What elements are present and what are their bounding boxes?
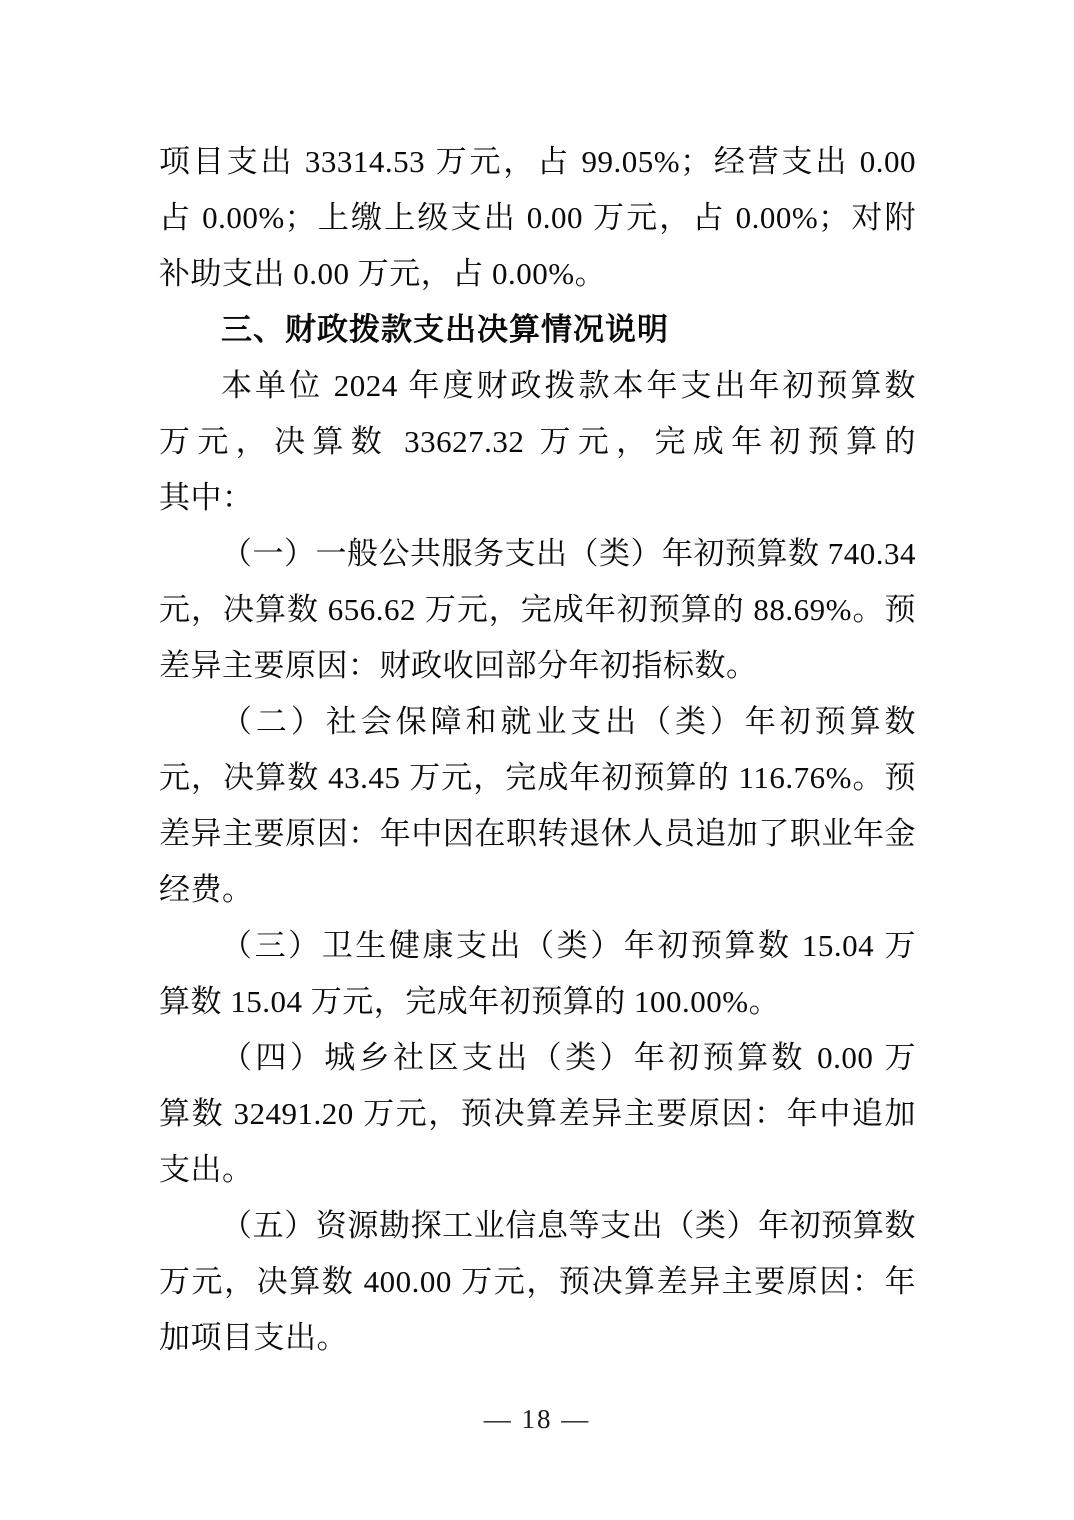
body-line: （二）社会保障和就业支出（类）年初预算数 37.21 万 <box>159 694 916 750</box>
body-line: 差异主要原因：财政收回部分年初指标数。 <box>159 638 916 694</box>
body-line: 支出。 <box>159 1142 916 1198</box>
body-line: 元，决算数 656.62 万元，完成年初预算的 88.69%。预决算 <box>159 582 916 638</box>
body-line: （一）一般公共服务支出（类）年初预算数 740.34 万 <box>159 526 916 582</box>
page-number: — 18 — <box>0 1399 1074 1439</box>
body-line: 算数 32491.20 万元，预决算差异主要原因：年中追加项目 <box>159 1086 916 1142</box>
body-line: 其中： <box>159 470 916 526</box>
body-line: 本单位 2024 年度财政拨款本年支出年初预算数 813.61 <box>159 358 916 414</box>
body-line: 补助支出 0.00 万元，占 0.00%。 <box>159 246 916 302</box>
body-line: 项目支出 33314.53 万元，占 99.05%；经营支出 0.00 万元， <box>159 134 916 190</box>
section-heading: 三、财政拨款支出决算情况说明 <box>159 302 916 358</box>
body-line: （四）城乡社区支出（类）年初预算数 0.00 万元，决 <box>159 1030 916 1086</box>
body-line: 差异主要原因：年中因在职转退休人员追加了职业年金清算 <box>159 806 916 862</box>
body-line: （三）卫生健康支出（类）年初预算数 15.04 万元，决 <box>159 918 916 974</box>
body-line: 占 0.00%；上缴上级支出 0.00 万元，占 0.00%；对附属单位 <box>159 190 916 246</box>
body-line: 万元，决算数 400.00 万元，预决算差异主要原因：年中追 <box>159 1254 916 1310</box>
body-line: 经费。 <box>159 862 916 918</box>
document-body: 项目支出 33314.53 万元，占 99.05%；经营支出 0.00 万元， … <box>159 134 916 1366</box>
body-line: 加项目支出。 <box>159 1310 916 1366</box>
body-line: （五）资源勘探工业信息等支出（类）年初预算数 0.00 <box>159 1198 916 1254</box>
document-page: 项目支出 33314.53 万元，占 99.05%；经营支出 0.00 万元， … <box>0 0 1074 1520</box>
body-line: 算数 15.04 万元，完成年初预算的 100.00%。 <box>159 974 916 1030</box>
body-line: 万元，决算数 33627.32 万元，完成年初预算的 4133.12%。 <box>159 414 916 470</box>
body-line: 元，决算数 43.45 万元，完成年初预算的 116.76%。预决算 <box>159 750 916 806</box>
